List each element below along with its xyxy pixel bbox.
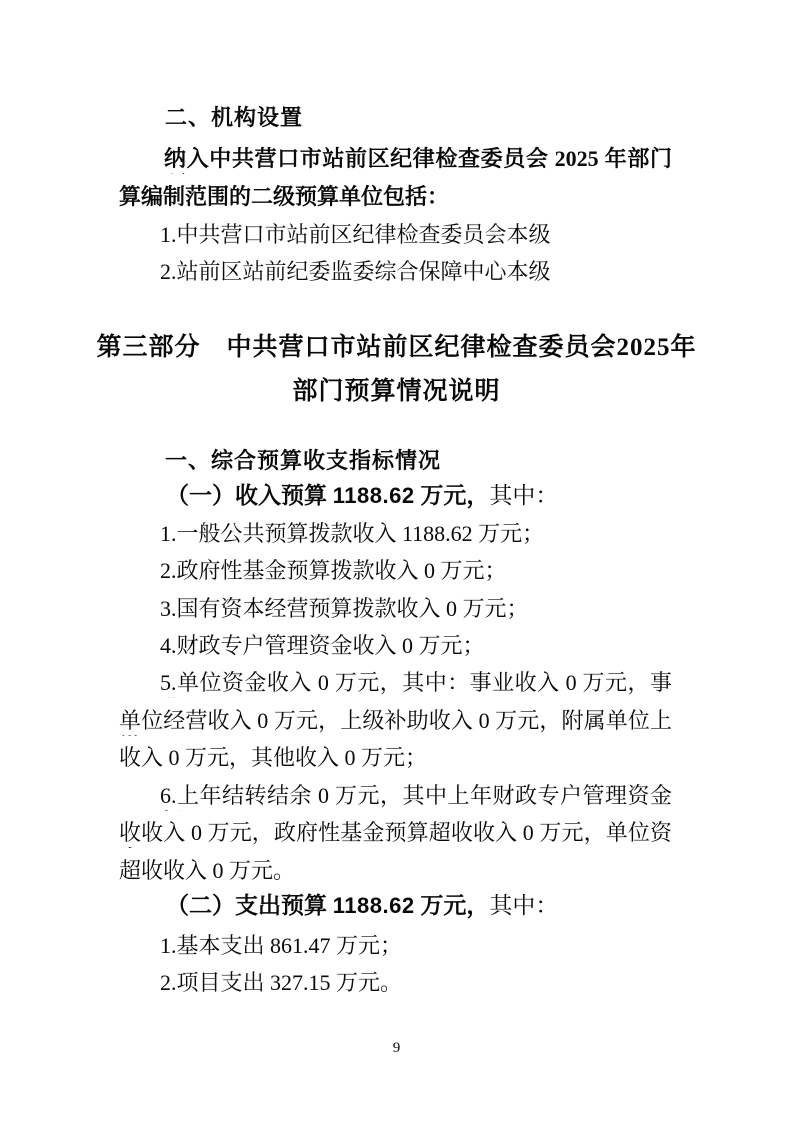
- income-budget-unit: 万元，: [415, 483, 490, 508]
- income-item5-line3: 收入 0 万元，其他收入 0 万元；: [119, 745, 427, 771]
- overview-heading: 一、综合预算收支指标情况: [165, 448, 441, 474]
- expense-budget-unit: 万元，: [415, 893, 490, 918]
- expense-item1: 1.基本支出 861.47 万元；: [160, 933, 402, 959]
- part3-title-line1: 第三部分 中共营口市站前区纪律检查委员会2025年: [0, 327, 793, 363]
- income-item1: 1.一般公共预算拨款收入 1188.62 万元；: [160, 521, 544, 547]
- expense-budget-prefix: （二）支出预算: [166, 893, 333, 918]
- org-setup-intro-line2: 算编制范围的二级预算单位包括：: [119, 184, 449, 210]
- income-item6-line1: 6.上年结转结余 0 万元，其中上年财政专户管理资金超: [160, 783, 672, 811]
- income-item4: 4.财政专户管理资金收入 0 万元；: [160, 633, 485, 659]
- income-item5-line2: 单位经营收入 0 万元，上级补助收入 0 万元，附属单位上缴: [119, 708, 672, 736]
- expense-budget-tail: 其中：: [489, 893, 558, 918]
- income-budget-amount: 1188.62: [333, 483, 415, 508]
- org-setup-heading: 二、机构设置: [165, 105, 303, 131]
- income-budget-heading: （一）收入预算 1188.62 万元，其中：: [166, 483, 558, 509]
- document-page: 二、机构设置 纳入中共营口市站前区纪律检查委员会 2025 年部门预 算编制范围…: [0, 0, 793, 1122]
- income-budget-prefix: （一）收入预算: [166, 483, 333, 508]
- org-setup-unit2: 2.站前区站前纪委监委综合保障中心本级: [160, 259, 551, 285]
- expense-budget-amount: 1188.62: [333, 893, 415, 918]
- income-item2: 2.政府性基金预算拨款收入 0 万元；: [160, 558, 507, 584]
- part3-title-line2: 部门预算情况说明: [0, 371, 793, 407]
- income-budget-tail: 其中：: [489, 483, 558, 508]
- income-item5-line1: 5.单位资金收入 0 万元，其中：事业收入 0 万元，事业: [160, 670, 672, 698]
- income-item6-line3: 超收收入 0 万元。: [119, 858, 295, 884]
- expense-budget-heading: （二）支出预算 1188.62 万元，其中：: [166, 893, 558, 919]
- income-item3: 3.国有资本经营预算拨款收入 0 万元；: [160, 596, 529, 622]
- org-setup-unit1: 1.中共营口市站前区纪律检查委员会本级: [160, 222, 551, 248]
- page-number: 9: [0, 1040, 793, 1057]
- org-setup-intro-line1: 纳入中共营口市站前区纪律检查委员会 2025 年部门预: [164, 146, 672, 174]
- income-item6-line2: 收收入 0 万元，政府性基金预算超收收入 0 万元，单位资金: [119, 820, 672, 848]
- expense-item2: 2.项目支出 327.15 万元。: [160, 970, 402, 996]
